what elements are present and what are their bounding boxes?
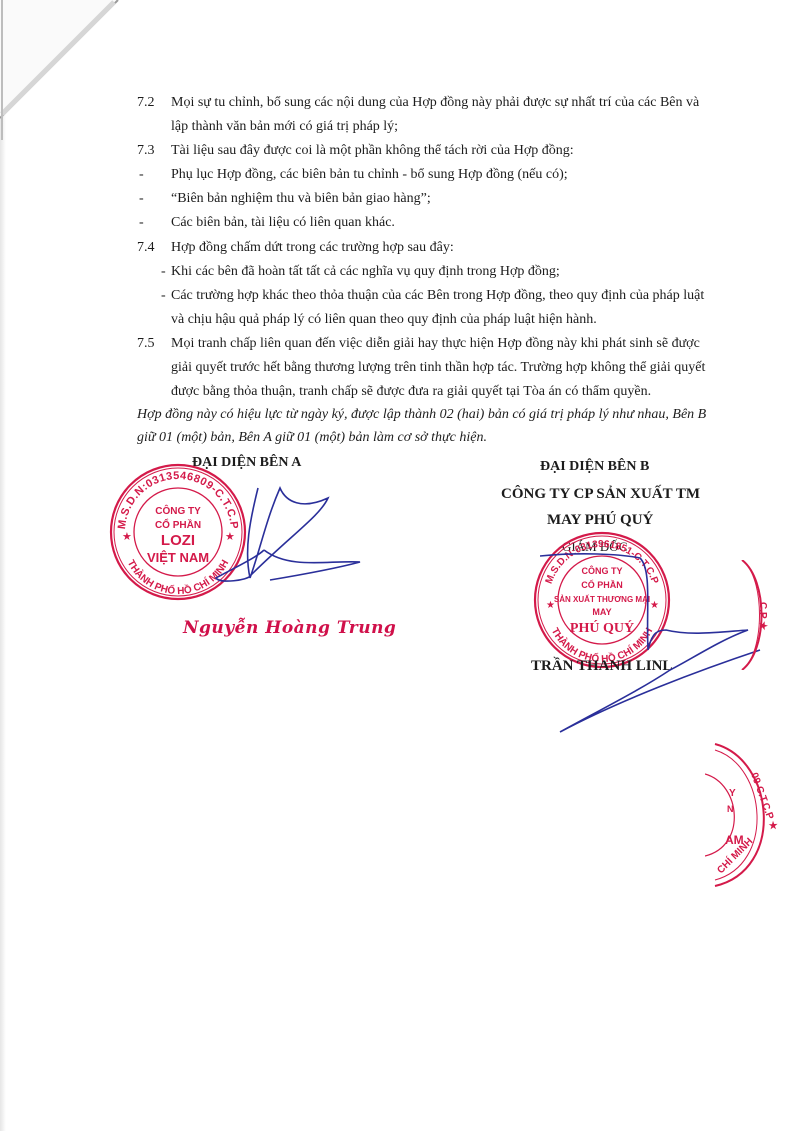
party-a-company-seal: M.S.D.N:0313546809-C.T.C.P THÀNH PHỐ HỒ … xyxy=(108,462,248,602)
clause-number: 7.5 xyxy=(137,335,155,353)
stamp-line: MAY xyxy=(592,607,611,617)
stamp-line: CÔNG TY xyxy=(155,504,201,517)
clause-text: lập thành văn bản mới có giá trị pháp lý… xyxy=(171,118,398,136)
bullet-marker: - xyxy=(139,166,144,184)
bullet-text: Khi các bên đã hoàn tất tất cả các nghĩa… xyxy=(171,263,560,281)
margin-seal-text: 09-C.T.C.P ★ xyxy=(748,771,779,832)
stamp-line: SẢN XUẤT THƯƠNG MẠI xyxy=(554,594,650,604)
stamp-ring-top: M.S.D.N:0313546809-C.T.C.P xyxy=(116,470,240,530)
svg-text:★: ★ xyxy=(546,600,555,611)
party-a-signature xyxy=(190,480,370,590)
margin-seal-text: Y xyxy=(729,788,736,799)
svg-text:★: ★ xyxy=(122,531,132,543)
margin-partial-seal-lower: 09-C.T.C.P ★ CHÍ MINH Y N AM xyxy=(705,740,800,890)
clause-text: Hợp đồng chấm dứt trong các trường hợp s… xyxy=(171,239,454,257)
stamp-line: CỔ PHẦN xyxy=(155,518,201,531)
clause-number: 7.4 xyxy=(137,239,155,257)
svg-text:★: ★ xyxy=(225,531,235,543)
party-b-signature xyxy=(540,550,800,750)
party-b-signer-name: TRẦN THANH LINL xyxy=(531,657,672,675)
bullet-text: Phụ lục Hợp đồng, các biên bản tu chỉnh … xyxy=(171,166,568,184)
clause-text: Mọi sự tu chỉnh, bổ sung các nội dung củ… xyxy=(171,94,699,112)
bullet-marker: - xyxy=(161,263,166,281)
clause-text: giải quyết trước hết bằng thương lượng t… xyxy=(171,359,705,377)
party-b-company-line1: CÔNG TY CP SẢN XUẤT TM xyxy=(501,485,700,503)
bullet-text: Các trường hợp khác theo thỏa thuận của … xyxy=(171,287,704,305)
margin-seal-text: AM xyxy=(725,833,744,847)
margin-seal-text: N xyxy=(727,804,734,814)
bullet-text: “Biên bản nghiệm thu và biên bản giao hà… xyxy=(171,190,431,208)
bullet-marker: - xyxy=(139,190,144,208)
scan-left-edge xyxy=(0,0,6,1131)
closing-text: giữ 01 (một) bản, Bên A giữ 01 (một) bản… xyxy=(137,429,487,447)
stamp-line: PHÚ QUÝ xyxy=(570,619,634,636)
clause-text: được bằng thỏa thuận, tranh chấp sẽ được… xyxy=(171,383,651,401)
svg-text:M.S.D.N:0313546809-C.T.C.P: M.S.D.N:0313546809-C.T.C.P xyxy=(116,470,240,530)
bullet-marker: - xyxy=(161,287,166,305)
party-b-company-line2: MAY PHÚ QUÝ xyxy=(547,511,653,529)
party-a-signer-name: Nguyễn Hoàng Trung xyxy=(183,618,396,638)
closing-text: Hợp đồng này có hiệu lực từ ngày ký, đượ… xyxy=(137,406,706,424)
clause-text: Mọi tranh chấp liên quan đến việc diễn g… xyxy=(171,335,700,353)
stamp-line: CÔNG TY xyxy=(581,565,622,576)
clause-text: Tài liệu sau đây được coi là một phần kh… xyxy=(171,142,574,160)
party-b-heading: ĐẠI DIỆN BÊN B xyxy=(540,458,649,476)
margin-partial-seal-upper: C.P ★ xyxy=(740,560,800,670)
party-b-title: GIÁM ĐỐC xyxy=(562,538,627,556)
svg-text:★: ★ xyxy=(650,600,659,611)
clause-number: 7.3 xyxy=(137,142,155,160)
clause-number: 7.2 xyxy=(137,94,155,112)
svg-text:THÀNH PHỐ HỒ CHÍ MINH: THÀNH PHỐ HỒ CHÍ MINH xyxy=(125,558,231,597)
bullet-marker: - xyxy=(139,214,144,232)
stamp-line: CỔ PHẦN xyxy=(581,579,623,590)
page-fold-corner xyxy=(0,0,120,140)
bullet-text: Các biên bản, tài liệu có liên quan khác… xyxy=(171,214,395,232)
margin-seal-text: C.P ★ xyxy=(757,602,768,630)
stamp-line: LOZI xyxy=(161,532,195,549)
party-a-heading: ĐẠI DIỆN BÊN A xyxy=(192,454,301,472)
stamp-ring-bottom: THÀNH PHỐ HỒ CHÍ MINH xyxy=(125,558,231,597)
margin-seal-text: CHÍ MINH xyxy=(714,835,755,876)
bullet-continuation: và chịu hậu quả pháp lý có liên quan the… xyxy=(171,311,597,329)
stamp-line: VIỆT NAM xyxy=(147,550,209,565)
